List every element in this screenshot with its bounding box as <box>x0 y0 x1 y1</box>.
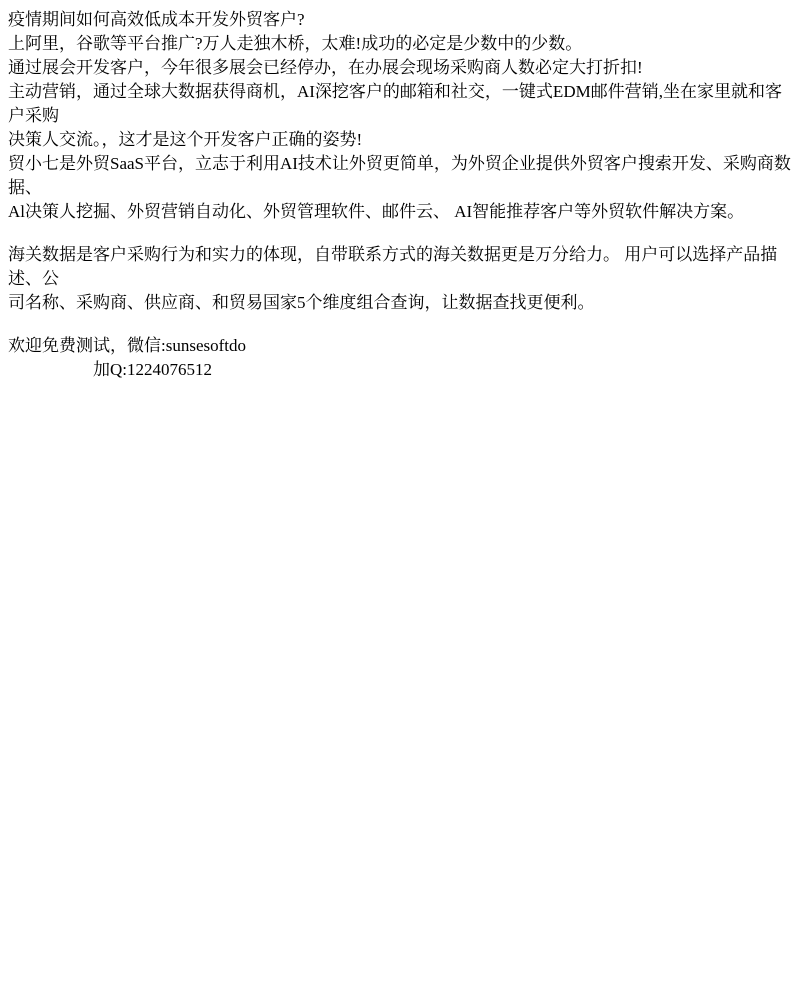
document-content: 疫情期间如何高效低成本开发外贸客户? 上阿里，谷歌等平台推广?万人走独木桥，太难… <box>0 0 800 390</box>
text-line-qq-contact: 加Q:1224076512 <box>93 358 792 382</box>
text-line-platform-promo: 上阿里，谷歌等平台推广?万人走独木桥，太难!成功的必定是少数中的少数。 <box>8 32 792 56</box>
document-page: 疫情期间如何高效低成本开发外贸客户? 上阿里，谷歌等平台推广?万人走独木桥，太难… <box>0 0 800 1000</box>
text-line-saas-intro-wrap: Al决策人挖掘、外贸营销自动化、外贸管理软件、邮件云、 AI智能推荐客户等外贸软… <box>8 200 792 224</box>
paragraph-contact: 欢迎免费测试，微信:sunsesoftdo 加Q:1224076512 <box>8 334 792 382</box>
text-line-covid-question: 疫情期间如何高效低成本开发外贸客户? <box>8 8 792 32</box>
paragraph-marketing-pitch: 疫情期间如何高效低成本开发外贸客户? 上阿里，谷歌等平台推广?万人走独木桥，太难… <box>8 8 792 224</box>
text-line-customs-data-wrap: 司名称、采购商、供应商、和贸易国家5个维度组合查询，让数据查找更便利。 <box>8 291 792 315</box>
text-line-saas-intro: 贸小七是外贸SaaS平台，立志于利用AI技术让外贸更简单，为外贸企业提供外贸客户… <box>8 152 792 200</box>
text-line-customs-data: 海关数据是客户采购行为和实力的体现，自带联系方式的海关数据更是万分给力。 用户可… <box>8 243 792 291</box>
paragraph-customs-data: 海关数据是客户采购行为和实力的体现，自带联系方式的海关数据更是万分给力。 用户可… <box>8 243 792 315</box>
text-line-exhibition: 通过展会开发客户，今年很多展会已经停办，在办展会现场采购商人数必定大打折扣! <box>8 56 792 80</box>
text-line-active-marketing-wrap: 决策人交流。，这才是这个开发客户正确的姿势! <box>8 128 792 152</box>
text-line-active-marketing: 主动营销，通过全球大数据获得商机，AI深挖客户的邮箱和社交，一键式EDM邮件营销… <box>8 80 792 128</box>
text-line-wechat-contact: 欢迎免费测试，微信:sunsesoftdo <box>8 334 792 358</box>
